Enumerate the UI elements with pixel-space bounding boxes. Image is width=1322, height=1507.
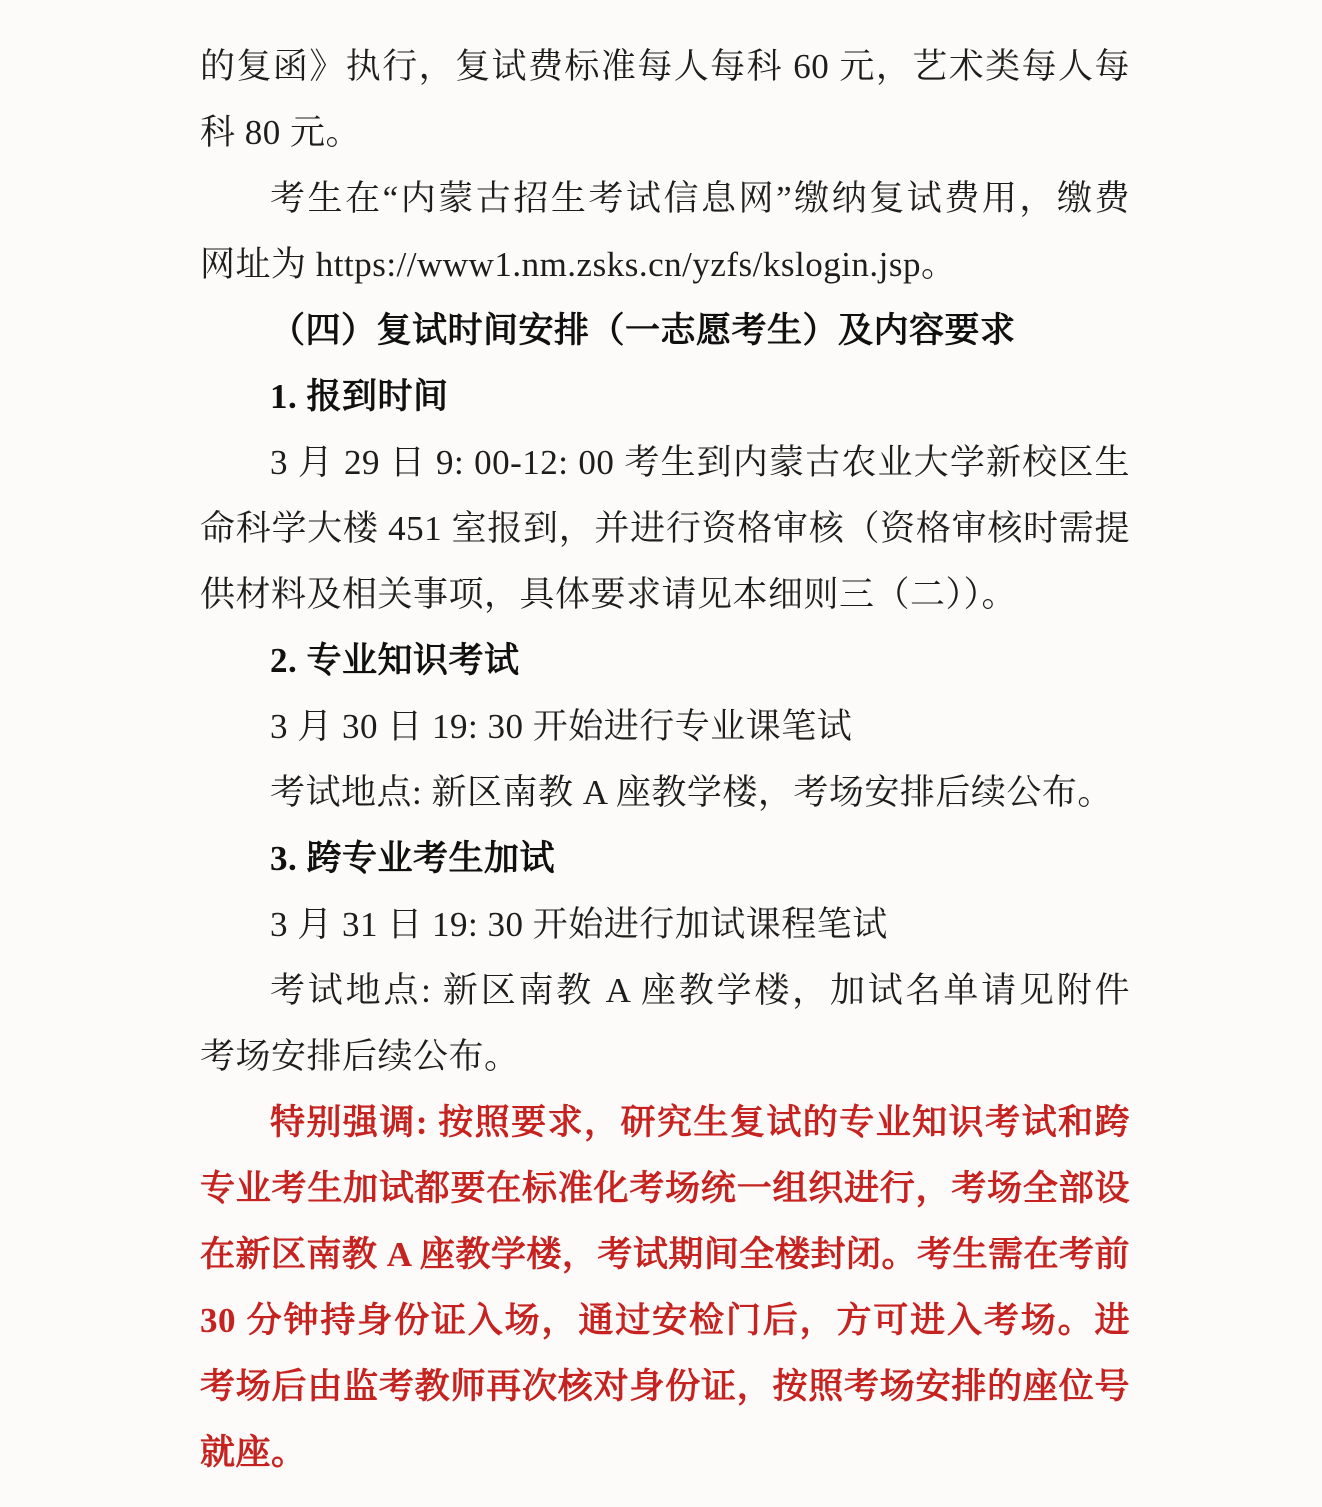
doc-line: 3 月 31 日 19: 30 开始进行加试课程笔试 [200,892,1130,958]
doc-line: 的复函》执行，复试费标准每人每科 60 元，艺术类每人每 [200,34,1130,100]
doc-line: 30 分钟持身份证入场，通过安检门后，方可进入考场。进入 [200,1288,1130,1354]
doc-line: 考试地点: 新区南教 A 座教学楼，考场安排后续公布。 [200,760,1130,826]
doc-line: 3 月 30 日 19: 30 开始进行专业课笔试 [200,694,1130,760]
doc-line: 专业考生加试都要在标准化考场统一组织进行，考场全部设 [200,1156,1130,1222]
doc-line: 网址为 https://www1.nm.zsks.cn/yzfs/kslogin… [200,232,1130,298]
doc-line: 供材料及相关事项，具体要求请见本细则三（二））。 [200,562,1130,628]
doc-line: （四）复试时间安排（一志愿考生）及内容要求 [200,298,1130,364]
document-page: 的复函》执行，复试费标准每人每科 60 元，艺术类每人每科 80 元。考生在“内… [0,0,1322,1507]
doc-line: 特别强调: 按照要求，研究生复试的专业知识考试和跨 [200,1090,1130,1156]
doc-line: 3. 跨专业考生加试 [200,826,1130,892]
doc-line: 科 80 元。 [200,100,1130,166]
doc-line: 就座。 [200,1420,1130,1486]
doc-line: 考场安排后续公布。 [200,1024,1130,1090]
doc-line: 考生在“内蒙古招生考试信息网”缴纳复试费用，缴费 [200,166,1130,232]
doc-line: 3 月 29 日 9: 00-12: 00 考生到内蒙古农业大学新校区生 [200,430,1130,496]
doc-line: 考场后由监考教师再次核对身份证，按照考场安排的座位号 [200,1354,1130,1420]
doc-line: 考试地点: 新区南教 A 座教学楼，加试名单请见附件 1， [200,958,1130,1024]
doc-line: 在新区南教 A 座教学楼，考试期间全楼封闭。考生需在考前 [200,1222,1130,1288]
document-text-block: 的复函》执行，复试费标准每人每科 60 元，艺术类每人每科 80 元。考生在“内… [200,34,1130,1486]
doc-line: 1. 报到时间 [200,364,1130,430]
doc-line: 2. 专业知识考试 [200,628,1130,694]
doc-line: 命科学大楼 451 室报到，并进行资格审核（资格审核时需提 [200,496,1130,562]
